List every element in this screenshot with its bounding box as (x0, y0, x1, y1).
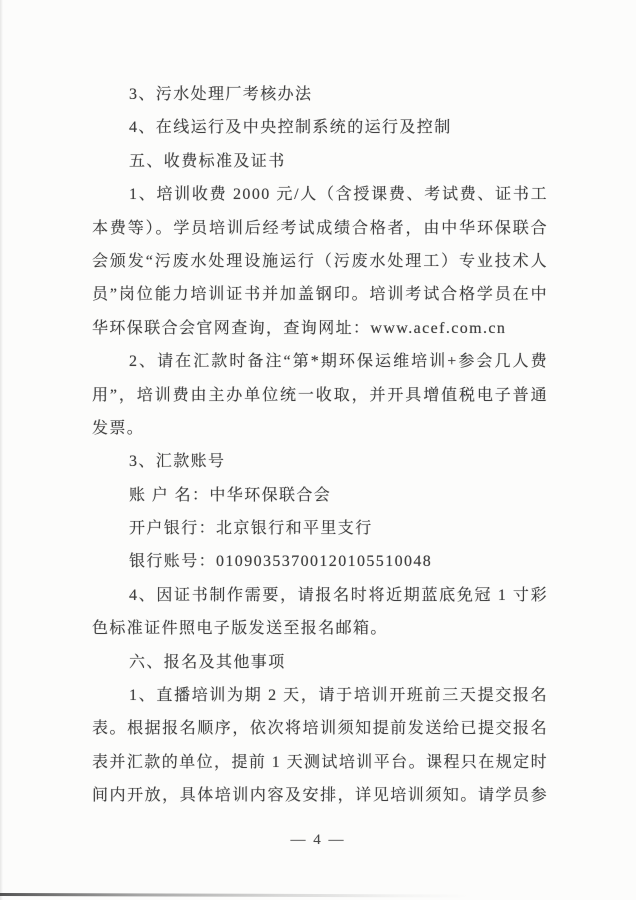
page-number: — 4 — (0, 832, 636, 849)
doc-line-account-name: 账 户 名：中华环保联合会 (92, 479, 548, 512)
doc-line-bank-name: 开户银行：北京银行和平里支行 (92, 512, 548, 545)
doc-line: 3、污水处理厂考核办法 (92, 78, 548, 111)
doc-line: 间内开放，具体培训内容及安排，详见培训须知。请学员参 (92, 779, 548, 812)
doc-line: 2、请在汇款时备注“第*期环保运维培训+参会几人费 (92, 345, 548, 378)
doc-line: 表。根据报名顺序，依次将培训须知提前发送给已提交报名 (92, 712, 548, 745)
doc-line: 3、汇款账号 (92, 445, 548, 478)
doc-line: 4、因证书制作需要，请报名时将近期蓝底免冠 1 寸彩 (92, 579, 548, 612)
doc-line: 用”，培训费由主办单位统一收取，并开具增值税电子普通 (92, 379, 548, 412)
doc-line: 1、直播培训为期 2 天，请于培训开班前三天提交报名 (92, 679, 548, 712)
scanned-document-page: 3、污水处理厂考核办法 4、在线运行及中央控制系统的运行及控制 五、收费标准及证… (0, 0, 636, 900)
document-body: 3、污水处理厂考核办法 4、在线运行及中央控制系统的运行及控制 五、收费标准及证… (92, 78, 548, 813)
doc-line: 1、培训收费 2000 元/人（含授课费、考试费、证书工 (92, 178, 548, 211)
doc-line-bank-account-number: 银行账号：01090353700120105510048 (92, 545, 548, 578)
section-heading: 六、报名及其他事项 (92, 646, 548, 679)
section-heading: 五、收费标准及证书 (92, 145, 548, 178)
doc-line: 4、在线运行及中央控制系统的运行及控制 (92, 111, 548, 144)
doc-line: 色标准证件照电子版发送至报名邮箱。 (92, 612, 548, 645)
scan-edge-artifact (0, 893, 470, 897)
doc-line-website-url: 华环保联合会官网查询，查询网址：www.acef.com.cn (92, 312, 548, 345)
doc-line: 会颁发“污废水处理设施运行（污废水处理工）专业技术人 (92, 245, 548, 278)
doc-line: 员”岗位能力培训证书并加盖钢印。培训考试合格学员在中 (92, 278, 548, 311)
doc-line: 发票。 (92, 412, 548, 445)
doc-line: 本费等）。学员培训后经考试成绩合格者，由中华环保联合 (92, 212, 548, 245)
doc-line: 表并汇款的单位，提前 1 天测试培训平台。课程只在规定时 (92, 746, 548, 779)
